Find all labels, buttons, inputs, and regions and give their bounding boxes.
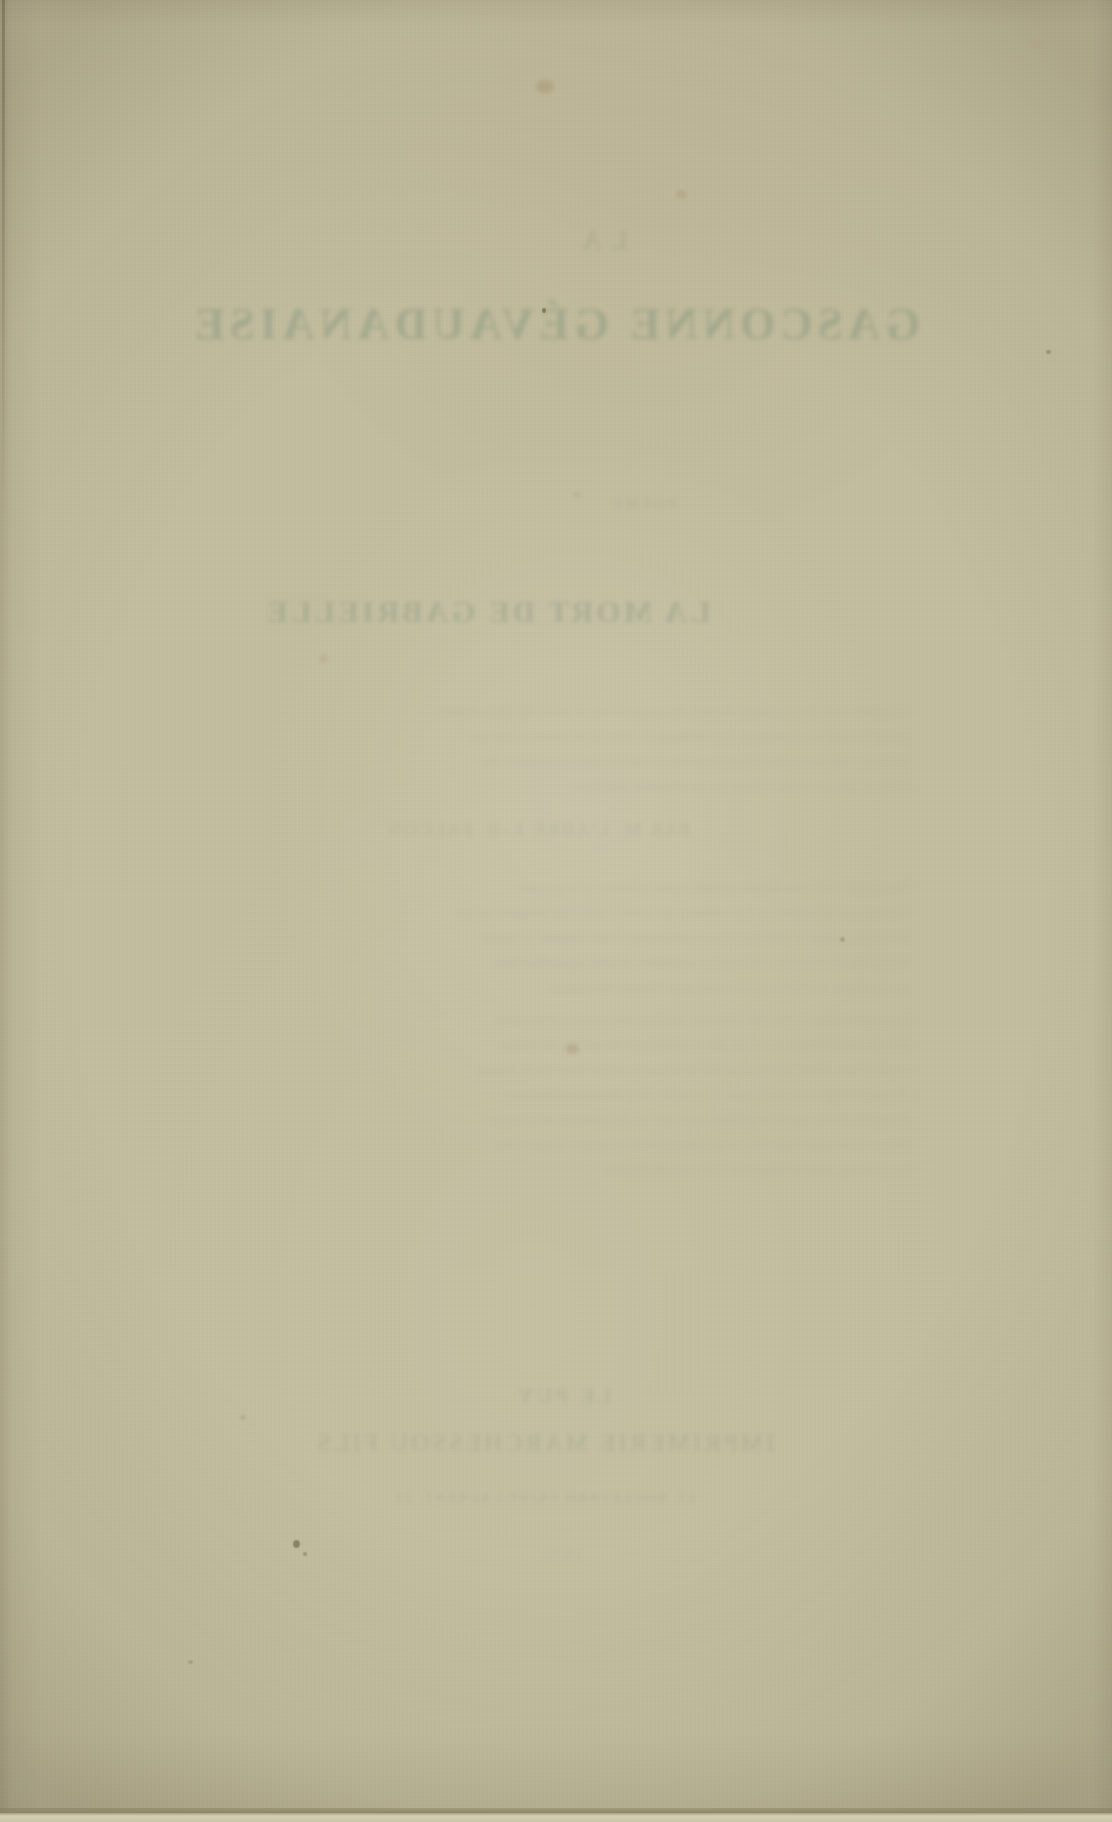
ghost-imprint-city: LE PUY (495, 1384, 630, 1409)
stain (536, 80, 554, 93)
stain (293, 1540, 300, 1548)
ghost-small-line: POÈME (598, 496, 688, 513)
stain (240, 1415, 246, 1420)
ghost-paragraph-line: par un habitant des montagnes. Les vieil… (185, 725, 910, 750)
next-page-sliver (0, 1813, 1112, 1822)
ghost-imprint-printer: IMPRIMERIE MARCHESSOU FILS (272, 1430, 817, 1458)
scanned-book-page: LA GASCONNE GÉVAUDANAISE POÈME LA MORT D… (0, 0, 1112, 1822)
ghost-paragraph-line: des pages, lorsque la différence nous a … (180, 926, 910, 951)
ghost-paragraph: La seconde pièce, la Mort de Gabrielle, … (180, 1008, 910, 1183)
ghost-imprint-year: 1875 (525, 1545, 600, 1565)
ghost-paragraph-line: Nous publions le texte d'après la copie … (180, 876, 910, 901)
stain (1030, 40, 1044, 49)
stain (542, 308, 546, 313)
ghost-imprint-address: 23, BOULEVARD SAINT-LAURENT, 23 (375, 1491, 715, 1507)
stain (573, 492, 581, 498)
stain (840, 937, 845, 942)
ghost-paragraph-line: La seconde pièce, la Mort de Gabrielle, … (180, 1008, 910, 1033)
ghost-series-label: LA (545, 226, 655, 256)
ghost-paragraph-line: veillées, et plusieurs copies manuscrite… (185, 750, 910, 775)
ghost-paragraph: Ce poème, écrit dans la langue du pays, … (185, 700, 910, 800)
stain (566, 1044, 579, 1054)
stain (319, 655, 328, 663)
ghost-subtitle: LA MORT DE GABRIELLE (215, 594, 760, 630)
stain (303, 1552, 307, 1556)
ghost-author-line: PAR M. L'ABBÉ J.-B. FALCON (250, 820, 825, 842)
ghost-paragraph-line: curieux de ces sortes de compositions po… (180, 951, 910, 976)
ghost-paragraph-line: hautes terres, entre la Margeride et les… (180, 1158, 910, 1183)
ghost-imprint-rule: — (540, 1521, 585, 1539)
ghost-paragraph: Nous publions le texte d'après la copie … (180, 876, 910, 1001)
ghost-paragraph-line: de quatre-vingts ans, qui la tenait de s… (180, 1083, 910, 1108)
ghost-paragraph-line: romane n'ont point conservés, et qui app… (180, 1133, 910, 1158)
ghost-paragraph-line: d'une naïveté charmante et quelques mots… (180, 1108, 910, 1133)
ghost-paragraph-line: nos provinces du Midi et si précieuses p… (180, 976, 910, 1001)
stain (1046, 350, 1051, 354)
stain (188, 1660, 193, 1664)
ghost-paragraph-line: Ce poème, écrit dans la langue du pays, … (185, 700, 910, 725)
ghost-paragraph-line: savaient tous. Nous l'avons recueillie d… (180, 1058, 910, 1083)
gutter-edge-line (2, 0, 5, 520)
ghost-paragraph-line: environs, plus ou moins altérées par les… (185, 775, 910, 800)
stain (676, 190, 687, 199)
ghost-main-title: GASCONNE GÉVAUDANAISE (160, 298, 950, 350)
ghost-paragraph-line: époque; elle se chante sur un air lent e… (180, 1033, 910, 1058)
ghost-paragraph-line: l'orthographe du manuscrit. Les variante… (180, 901, 910, 926)
